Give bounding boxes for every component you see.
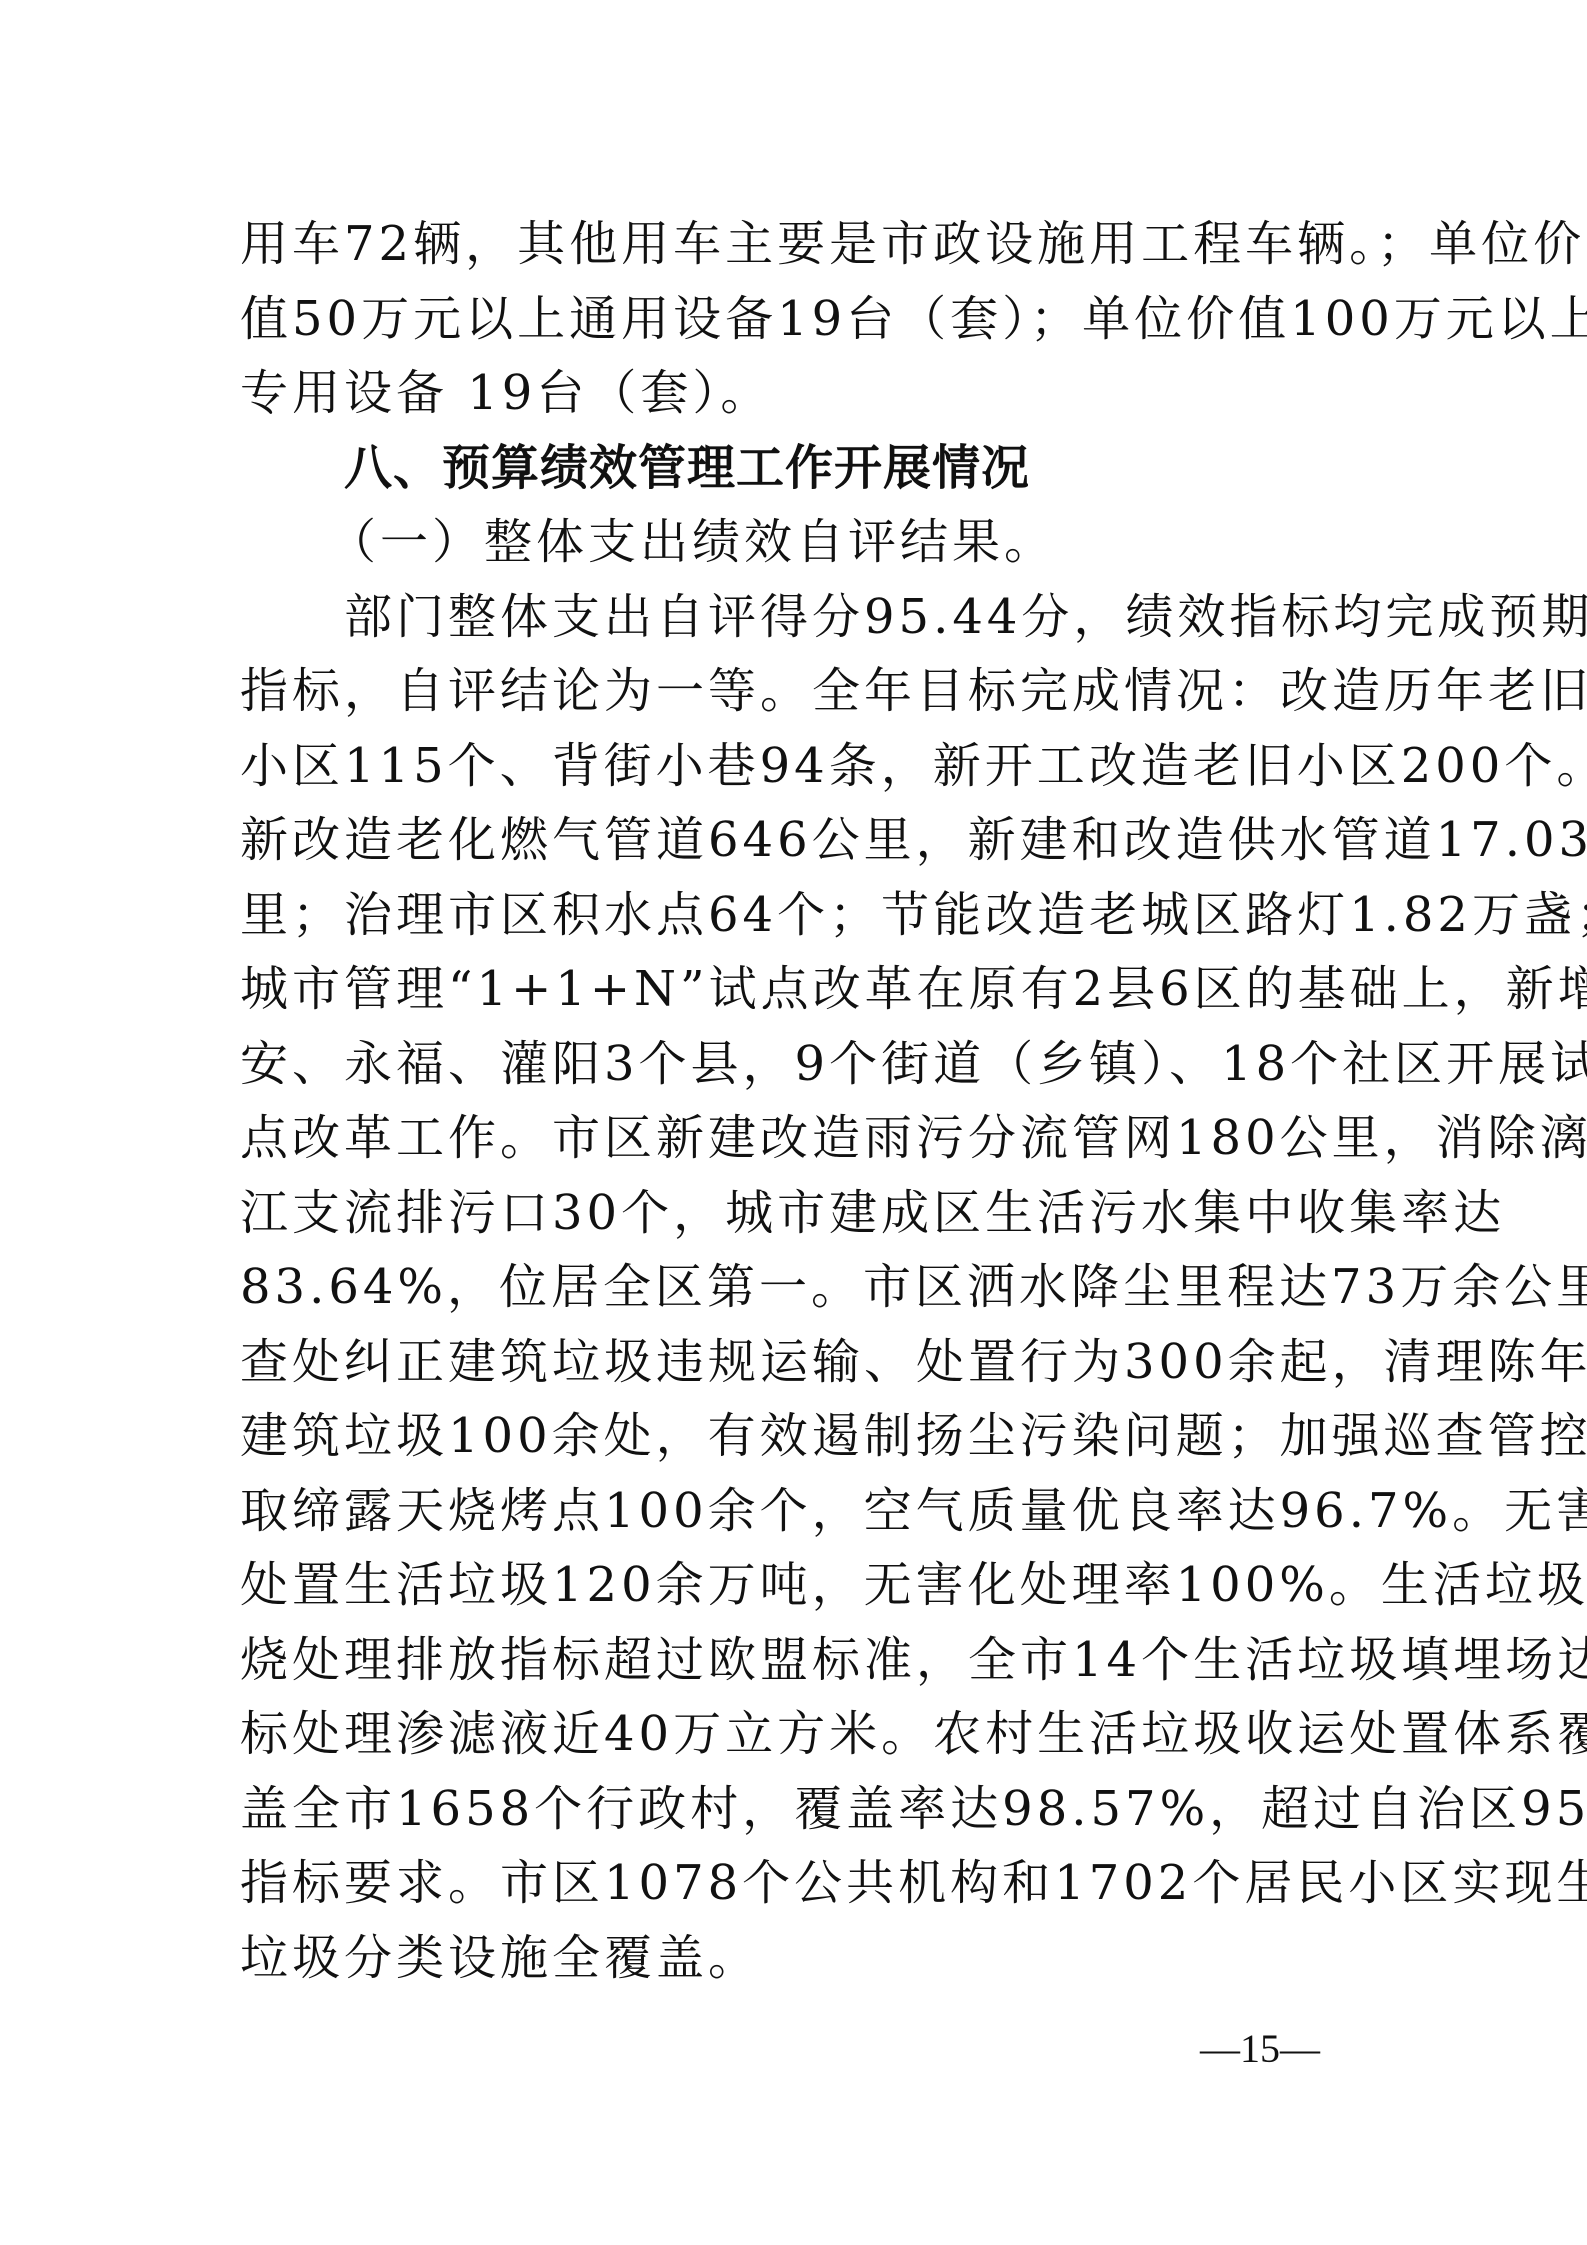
subsection-heading: （一）整体支出绩效自评结果。 (240, 505, 1352, 580)
paragraph-line: 盖全市1658个行政村，覆盖率达98.57%，超过自治区95%的 (240, 1772, 1352, 1847)
paragraph-line: 指标，自评结论为一等。全年目标完成情况：改造历年老旧 (240, 654, 1352, 729)
paragraph-line: 专用设备 19台（套）。 (240, 356, 1352, 431)
paragraph-line: 用车72辆，其他用车主要是市政设施用工程车辆。；单位价 (240, 207, 1352, 282)
section-heading: 八、预算绩效管理工作开展情况 (240, 431, 1352, 506)
paragraph-line: 部门整体支出自评得分95.44分，绩效指标均完成预期 (240, 580, 1352, 655)
paragraph-line: 里；治理市区积水点64个；节能改造老城区路灯1.82万盏； (240, 878, 1352, 953)
paragraph-line: 取缔露天烧烤点100余个，空气质量优良率达96.7%。无害化 (240, 1474, 1352, 1549)
paragraph-line: 处置生活垃圾120余万吨，无害化处理率100%。生活垃圾焚 (240, 1548, 1352, 1623)
paragraph-line: 标处理渗滤液近40万立方米。农村生活垃圾收运处置体系覆 (240, 1697, 1352, 1772)
paragraph-line: 垃圾分类设施全覆盖。 (240, 1921, 1352, 1996)
page-number: —15— (1200, 2025, 1320, 2072)
paragraph-line: 值50万元以上通用设备19台（套）；单位价值100万元以上 (240, 282, 1352, 357)
paragraph-line: 查处纠正建筑垃圾违规运输、处置行为300余起，清理陈年 (240, 1325, 1352, 1400)
document-page: 用车72辆，其他用车主要是市政设施用工程车辆。；单位价 值50万元以上通用设备1… (240, 207, 1352, 1995)
paragraph-line: 安、永福、灌阳3个县，9个街道（乡镇）、18个社区开展试 (240, 1027, 1352, 1102)
paragraph-line: 城市管理“1+1+N”试点改革在原有2县6区的基础上，新增兴 (240, 952, 1352, 1027)
paragraph-line: 小区115个、背街小巷94条，新开工改造老旧小区200个。更 (240, 729, 1352, 804)
paragraph-line: 点改革工作。市区新建改造雨污分流管网180公里，消除漓 (240, 1101, 1352, 1176)
paragraph-line: 指标要求。市区1078个公共机构和1702个居民小区实现生活 (240, 1846, 1352, 1921)
paragraph-line: 江支流排污口30个，城市建成区生活污水集中收集率达 (240, 1176, 1352, 1251)
paragraph-line: 建筑垃圾100余处，有效遏制扬尘污染问题；加强巡查管控， (240, 1399, 1352, 1474)
paragraph-line: 烧处理排放指标超过欧盟标准，全市14个生活垃圾填埋场达 (240, 1623, 1352, 1698)
paragraph-line: 83.64%，位居全区第一。市区洒水降尘里程达73万余公里； (240, 1250, 1352, 1325)
paragraph-line: 新改造老化燃气管道646公里，新建和改造供水管道17.03公 (240, 803, 1352, 878)
